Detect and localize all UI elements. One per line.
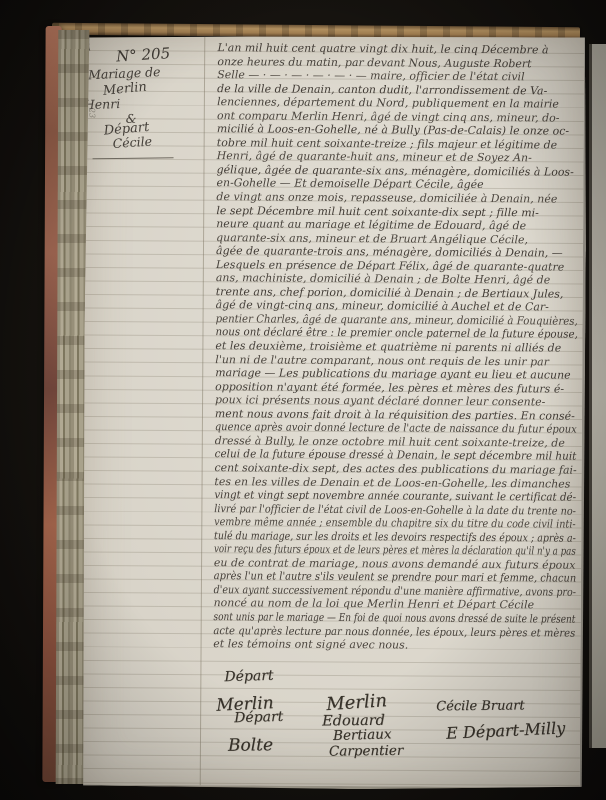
act-body-line: et les témoins ont signé avec nous.: [213, 637, 575, 653]
margin-pencil-mark: 23: [87, 108, 96, 118]
signature-depart: Départ: [234, 709, 284, 726]
act-body-text: L'an mil huit cent quatre vingt dix huit…: [213, 41, 579, 653]
act-body-line: quence après avoir donné lecture de l'ac…: [215, 420, 544, 436]
scanned-register-photo: N° 205 Mariage de Merlin Henri & Départ …: [0, 0, 606, 800]
signature-merlin-groom: Merlin: [326, 690, 388, 715]
signature-carpentier: Carpentier: [329, 743, 404, 760]
registry-page: N° 205 Mariage de Merlin Henri & Départ …: [82, 34, 588, 790]
act-body-line: voir reçu des futurs époux et de leurs p…: [214, 542, 501, 558]
signature-depart-milly: E Départ-Milly: [446, 718, 566, 742]
margin-note-line: Cécile: [112, 134, 152, 151]
signature-cecile-bruart: Cécile Bruart: [436, 698, 525, 714]
act-body-line: cent soixante-dix sept, des actes des pu…: [215, 461, 576, 477]
signature-bolte: Bolte: [228, 735, 273, 756]
next-page-sliver: [589, 44, 606, 748]
act-number: N° 205: [116, 44, 171, 65]
closing-word-depart: Départ: [224, 668, 274, 685]
margin-note-underline: [93, 157, 174, 159]
margin-rule-line: [200, 35, 206, 785]
act-body-line: nous ont déclaré être : le premier oncle…: [215, 326, 555, 342]
act-body-line: acte qu'après lecture par nous donnée, l…: [213, 624, 544, 640]
margin-note-line: Mariage de: [88, 64, 161, 82]
act-body-line: d'eux ayant successivement répondu d'une…: [214, 583, 528, 599]
signature-bertiaux: Bertiaux: [333, 726, 392, 744]
